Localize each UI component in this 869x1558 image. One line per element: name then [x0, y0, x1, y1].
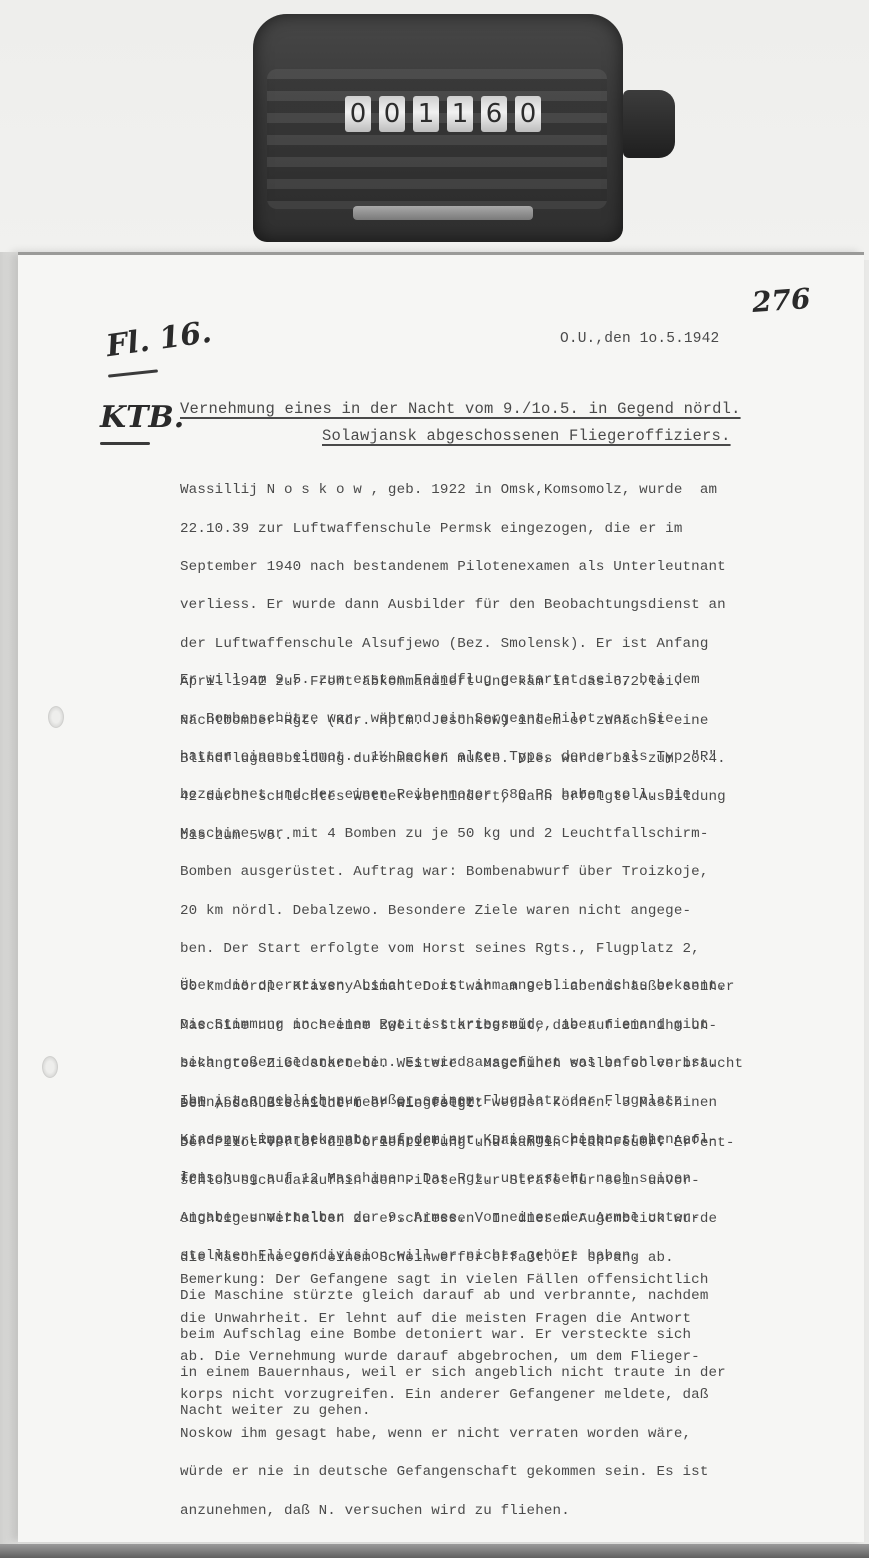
text-line: hatten einen einmot.- 1½ Decker alten Ty…: [180, 748, 743, 767]
text-line: schloß sich daraufhin den Piloten zur St…: [180, 1172, 735, 1191]
counter-digit: 1: [447, 96, 473, 132]
text-line: Der Pilot verlor die Orientierung und ka…: [180, 1134, 735, 1153]
text-line: Er will am 9.5. zum ersten Feindflug ges…: [180, 671, 743, 690]
text-line: verliess. Er wurde dann Ausbilder für de…: [180, 596, 726, 615]
page-counter-device: 0 0 1 1 6 0: [253, 14, 628, 242]
text-line: ben. Der Start erfolgte vom Horst seines…: [180, 940, 743, 959]
text-line: 20 km nördl. Debalzewo. Besondere Ziele …: [180, 902, 743, 921]
text-line: anzunehmen, daß N. versuchen wird zu fli…: [180, 1502, 709, 1521]
counter-ribs: [267, 69, 607, 209]
text-line: Noskow ihm gesagt habe, wenn er nicht ve…: [180, 1425, 709, 1444]
scan-bottom-edge: [0, 1544, 869, 1558]
counter-digit: 0: [345, 96, 371, 132]
text-line: sichtiges Verhalten zu erschiessen. In d…: [180, 1210, 735, 1229]
text-line: Maschine war mit 4 Bomben zu je 50 kg un…: [180, 825, 743, 844]
punch-hole-icon: [42, 1056, 58, 1078]
counter-digit: 0: [515, 96, 541, 132]
text-line: bezeichnet und der einen Reihenmotor 680…: [180, 786, 743, 805]
counter-digits: 0 0 1 1 6 0: [345, 96, 541, 136]
counter-nameplate: [353, 206, 533, 220]
text-line: sich großen Gedanken hin. Es wird ausgef…: [180, 1054, 726, 1073]
handwritten-underline: [100, 442, 150, 445]
handwritten-ktb-mark: KTB.: [100, 400, 184, 435]
text-line: Den Abschuß schildert er wie folgt:: [180, 1095, 735, 1114]
dateline: O.U.,den 1o.5.1942: [560, 330, 719, 349]
text-line: die Unwahrheit. Er lehnt auf die meisten…: [180, 1310, 709, 1329]
text-line: Bemerkung: Der Gefangene sagt in vielen …: [180, 1271, 709, 1290]
text-line: Bomben ausgerüstet. Auftrag war: Bombena…: [180, 863, 743, 882]
text-line: korps nicht vorzugreifen. Ein anderer Ge…: [180, 1386, 709, 1405]
counter-knob: [623, 90, 675, 158]
counter-digit: 6: [481, 96, 507, 132]
document-title-line-2: Solawjansk abgeschossenen Fliegeroffizie…: [322, 427, 731, 445]
paper-stack-edge: [0, 252, 18, 1558]
text-line: 22.10.39 zur Luftwaffenschule Permsk ein…: [180, 520, 726, 539]
paragraph-remark: Bemerkung: Der Gefangene sagt in vielen …: [180, 1252, 709, 1540]
text-line: September 1940 nach bestandenem Pilotene…: [180, 558, 726, 577]
text-line: ab. Die Vernehmung wurde darauf abgebroc…: [180, 1348, 709, 1367]
counter-digit: 1: [413, 96, 439, 132]
punch-hole-icon: [48, 706, 64, 728]
text-line: Über die operativen Absichten ist ihm an…: [180, 977, 726, 996]
text-line: würde er nie in deutsche Gefangenschaft …: [180, 1463, 709, 1482]
text-line: er Bombenschütze war, während ein Sergea…: [180, 710, 743, 729]
text-line: Wassillij N o s k o w , geb. 1922 in Oms…: [180, 481, 726, 500]
document-title-line-1: Vernehmung eines in der Nacht vom 9./1o.…: [180, 400, 741, 418]
counter-digit: 0: [379, 96, 405, 132]
handwritten-page-number: 276: [751, 282, 812, 319]
text-line: Die Stimmung in seinem Rgt. ist kriegsmü…: [180, 1016, 726, 1035]
